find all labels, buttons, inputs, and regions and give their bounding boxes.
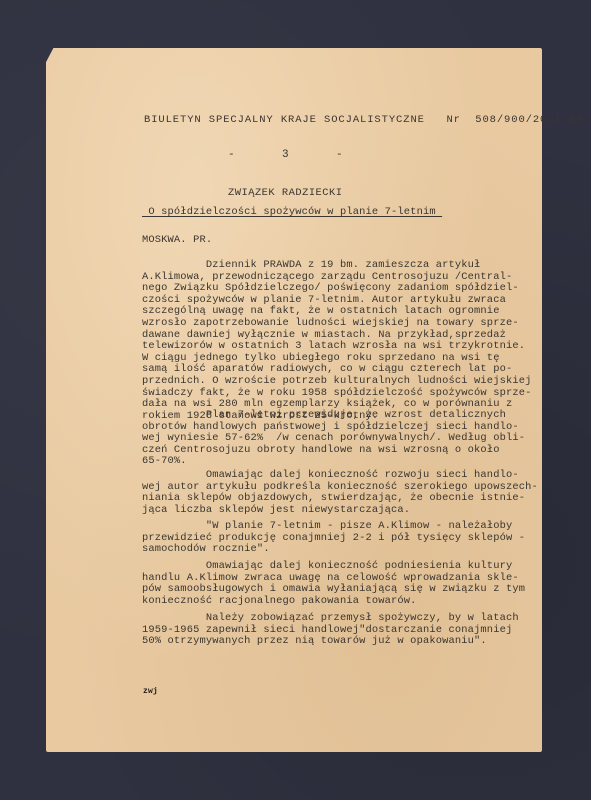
initials-stamp: zwj [143,686,158,698]
paragraph-3: Omawiając dalej konieczność rozwoju siec… [142,470,538,516]
bulletin-header: BIULETYN SPECJALNY KRAJE SOCJALISTYCZNE … [144,115,591,127]
section-country: ZWIĄZEK RADZIECKI [228,188,343,200]
page-number: - 3 - [228,150,343,162]
article-title: O spółdzielczości spożywców w planie 7-l… [142,207,442,219]
paragraph-2: Plan 7-letni przewiduje, że wzrost detal… [142,410,525,468]
paragraph-5: Omawiając dalej konieczność podniesienia… [142,561,525,607]
paragraph-4-quote: "W planie 7-letnim - pisze A.Klimow - na… [142,521,525,556]
dateline: MOSKWA. PR. [142,235,212,247]
paragraph-6: Należy zobowiązać przemysł spożywczy, by… [142,613,519,648]
paragraph-1: Dziennik PRAWDA z 19 bm. zamieszcza arty… [142,260,532,422]
